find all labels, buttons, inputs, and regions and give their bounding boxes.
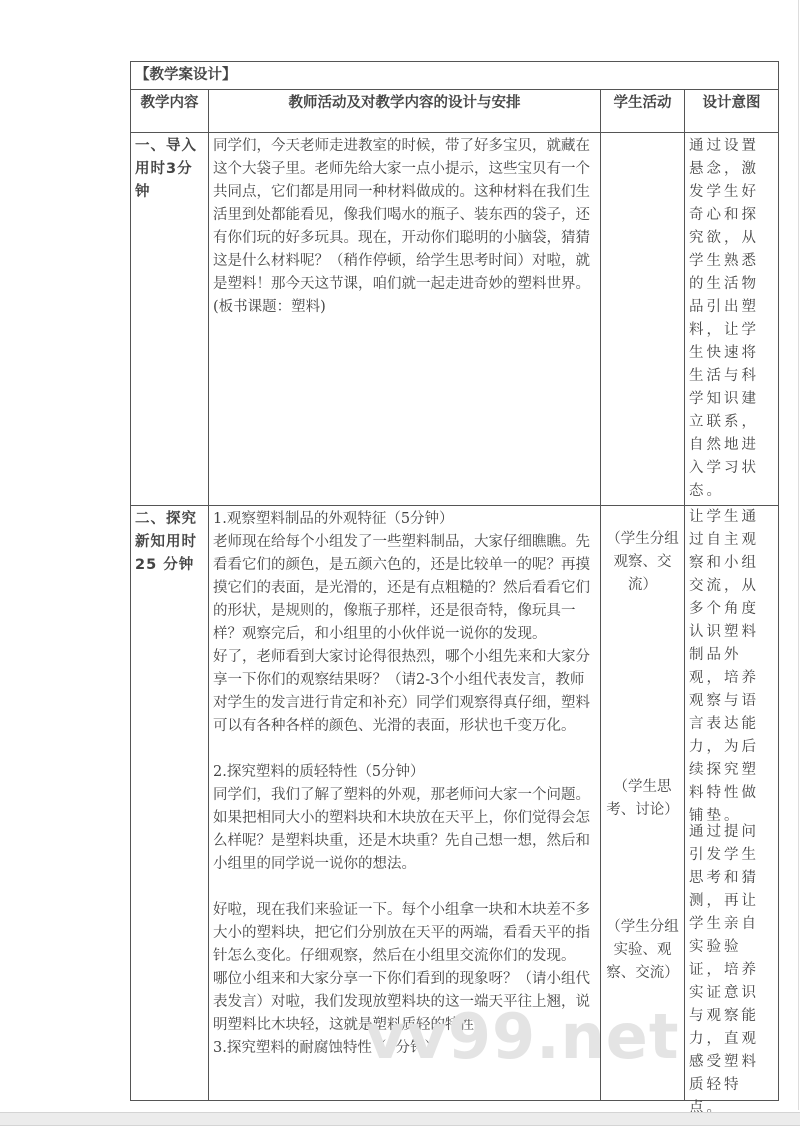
- student-activity-item: （学生思考、讨论）: [605, 776, 680, 822]
- teacher-paragraph: 好啦，现在我们来验证一下。每个小组拿一块和木块差不多大小的塑料块，把它们分别放在…: [213, 899, 596, 968]
- teacher-activity: 同学们，今天老师走进教室的时候，带了好多宝贝，就藏在这个大袋子里。老师先给大家一…: [209, 133, 601, 506]
- page-separator: [0, 1112, 800, 1126]
- teacher-paragraph: 同学们，我们了解了塑料的外观，那老师问大家一个问题。如果把相同大小的塑料块和木块…: [213, 784, 596, 876]
- stage-label: 二、探究新知用时 25 分钟: [131, 506, 209, 1101]
- col-header-teacher: 教师活动及对教学内容的设计与安排: [209, 90, 601, 133]
- design-intent: 让学生通过自主观察和小组交流，从多个角度认识塑料制品外观，培养观察与语言表达能力…: [685, 506, 779, 1101]
- stage-label: 一、导入用时3分钟: [131, 133, 209, 506]
- col-header-content: 教学内容: [131, 90, 209, 133]
- section-title: 【教学案设计】: [131, 62, 779, 90]
- design-intent: 通过设置悬念，激发学生好奇心和探究欲，从学生熟悉的生活物品引出塑料，让学生快速将…: [685, 133, 779, 506]
- student-activity-item: （学生分组实验、观察、交流）: [605, 916, 680, 985]
- lesson-plan-table: 【教学案设计】 教学内容 教师活动及对教学内容的设计与安排 学生活动 设计意图 …: [130, 61, 779, 1101]
- teacher-paragraph: 老师现在给每个小组发了一些塑料制品，大家仔细瞧瞧。先看看它们的颜色，是五颜六色的…: [213, 531, 596, 646]
- teacher-paragraph: 好了，老师看到大家讨论得很热烈，哪个小组先来和大家分享一下你们的观察结果呀？（请…: [213, 646, 596, 738]
- watermark: vv99.net: [365, 1000, 680, 1073]
- design-intent-item: 通过提问引发学生思考和猜测，再让学生亲自实验验证，培养实证意识与观察能力，直观感…: [689, 821, 774, 1120]
- teacher-paragraph: 2.探究塑料的质轻特性（5分钟）: [213, 761, 596, 784]
- header-row: 教学内容 教师活动及对教学内容的设计与安排 学生活动 设计意图: [131, 90, 779, 133]
- document-page: 【教学案设计】 教学内容 教师活动及对教学内容的设计与安排 学生活动 设计意图 …: [0, 0, 799, 1110]
- teacher-paragraph: 同学们，今天老师走进教室的时候，带了好多宝贝，就藏在这个大袋子里。老师先给大家一…: [213, 135, 596, 319]
- design-intent-item: 让学生通过自主观察和小组交流，从多个角度认识塑料制品外观，培养观察与语言表达能力…: [689, 506, 774, 828]
- col-header-intent: 设计意图: [685, 90, 779, 133]
- student-activity-item: （学生分组观察、交流）: [605, 528, 680, 597]
- table-row-intro: 一、导入用时3分钟 同学们，今天老师走进教室的时候，带了好多宝贝，就藏在这个大袋…: [131, 133, 779, 506]
- col-header-student: 学生活动: [601, 90, 685, 133]
- paragraph-gap: [213, 738, 596, 761]
- paragraph-gap: [213, 876, 596, 899]
- student-activity: [601, 133, 685, 506]
- teacher-paragraph: 1.观察塑料制品的外观特征（5分钟）: [213, 508, 596, 531]
